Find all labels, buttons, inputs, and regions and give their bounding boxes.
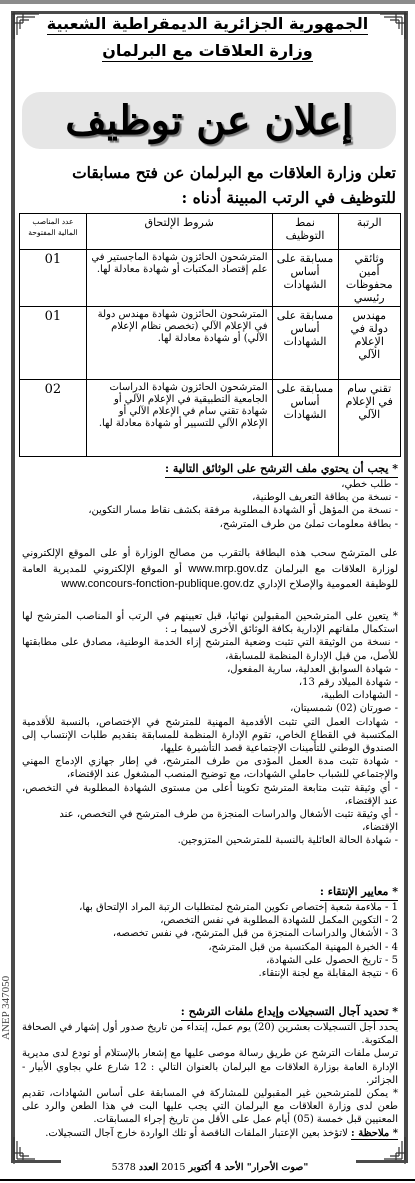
announcement-title: إعلان عن توظيف — [65, 97, 353, 144]
note-text: لاتؤخذ بعين الإعتبار الملفات الناقصة أو … — [45, 1128, 348, 1139]
file-contents-section: * يجب أن يحتوي ملف الترشح على الوثائق ال… — [22, 457, 398, 531]
republic-heading: الجمهورية الجزائرية الديمقراطية الشعبية — [40, 14, 375, 33]
list-item: - الشهادات الطبية، — [22, 689, 398, 702]
frame-bottom-right — [356, 1160, 408, 1163]
deadlines-section: * تحديد آجال التسجيلات وإيداع ملفات التر… — [22, 1000, 398, 1140]
table-header-row: الرتبة نمط التوظيف شروط الإلتحاق عدد الم… — [20, 214, 401, 250]
criteria-title: * معايير الإنتقاء : — [320, 885, 398, 901]
deadlines-title: * تحديد آجال التسجيلات وإيداع ملفات التر… — [181, 1005, 398, 1021]
card-notice-paragraph: على المترشح سحب هذه البطاقة بالتقرب من م… — [22, 547, 398, 593]
list-item: 4 - الخبرة المهنية المكتسبة من قبل المتر… — [22, 941, 398, 954]
list-item: - نسخة من بطاقة التعريف الوطنية، — [22, 491, 398, 504]
intro-paragraph: تعلن وزارة العلاقات مع البرلمان عن فتح م… — [24, 160, 396, 210]
list-item: - شهادة السوابق العدلية، سارية المفعول، — [22, 663, 398, 676]
ministry-heading: وزارة العلاقات مع البرلمان — [40, 41, 375, 60]
cell-count: 01 — [20, 250, 87, 307]
list-item: - نسخة من الوثيقة التي تثبت وضعية المترش… — [22, 636, 398, 662]
cell-conditions: المترشحون الحائزون شهادة الدراسات الجامع… — [86, 380, 272, 457]
accepted-docs-intro: * يتعين على المترشحين المقبولين نهائيا، … — [22, 610, 398, 636]
list-item: 2 - التكوين المكمل للشهادة المطلوبة في ن… — [22, 914, 398, 927]
deadline-paragraph: يحدد أجل التسجيلات بعشرين (20) يوم عمل، … — [22, 1021, 398, 1047]
list-item: - بطاقة معلومات تملئ من طرف المترشح، — [22, 518, 398, 531]
list-item: - شهادة الميلاد رقم 13، — [22, 676, 398, 689]
cell-rank: مهندس دولة في الإعلام الآلي — [338, 307, 401, 380]
footer-issue-label: العدد — [139, 1162, 158, 1173]
cell-count: 01 — [20, 307, 87, 380]
criteria-section: * معايير الإنتقاء : 1 - ملاءمة شعبة إختص… — [22, 880, 398, 980]
list-item: - أي وثيقة تثبت الأشغال والدراسات المنجز… — [22, 808, 398, 834]
frame-bottom-left — [11, 1160, 61, 1163]
public-service-website-link[interactable]: www.concours-fonction-publique.gov.dz — [61, 578, 254, 590]
file-contents-title: * يجب أن يحتوي ملف الترشح على الوثائق ال… — [165, 462, 398, 478]
submission-paragraph: ترسل ملفات الترشح عن طريق رسالة موصى علي… — [22, 1047, 398, 1087]
cell-rank: تقني سام في الإعلام الآلي — [338, 380, 401, 457]
corner-ornament-top-right-icon — [378, 11, 408, 41]
list-item: 5 - تاريخ الحصول على الشهادة، — [22, 954, 398, 967]
cell-mode: مسابقة على أساس الشهادات — [272, 380, 338, 457]
frame-right — [404, 11, 408, 1161]
appeal-paragraph: * يمكن للمترشحين غير المقبولين للمشاركة … — [22, 1087, 398, 1127]
newspaper-footer: "صوت الأحرار" الأحد 4 أكتوبر 2015 العدد … — [60, 1162, 360, 1173]
corner-ornament-top-left-icon — [11, 11, 41, 41]
cell-conditions: المترشحون الحائزون شهادة مهندس دولة في ا… — [86, 307, 272, 380]
list-item: - أي وثيقة تثبت متابعة المترشح تكوينا أع… — [22, 782, 398, 808]
accepted-docs-section: * يتعين على المترشحين المقبولين نهائيا، … — [22, 610, 398, 848]
list-item: 6 - نتيجة المقابلة مع لجنة الإنتقاء. — [22, 967, 398, 980]
list-item: - صورتان (02) شمسيتان، — [22, 702, 398, 715]
table-row: تقني سام في الإعلام الآلي مسابقة على أسا… — [20, 380, 401, 457]
top-band — [0, 0, 415, 4]
cell-mode: مسابقة على أساس الشهادات — [272, 307, 338, 380]
cell-count: 02 — [20, 380, 87, 457]
anep-stamp: ANEP 347050 — [0, 976, 12, 1040]
list-item: - نسخة من المؤهل أو الشهادة المطلوبة مرف… — [22, 504, 398, 517]
note-label: * ملاحظة : — [351, 1128, 398, 1140]
table-row: مهندس دولة في الإعلام الآلي مسابقة على أ… — [20, 307, 401, 380]
positions-table: الرتبة نمط التوظيف شروط الإلتحاق عدد الم… — [19, 213, 401, 457]
list-item: 3 - الأشغال والدراسات المنجزة من قبل الم… — [22, 927, 398, 940]
list-item: 1 - ملاءمة شعبة إختصاص تكوين المترشح لمت… — [22, 901, 398, 914]
header-rank: الرتبة — [338, 214, 401, 250]
cell-conditions: المترشحون الحائزون شهادة الماجستير في عل… — [86, 250, 272, 307]
ministry-website-link[interactable]: www.mrp.gov.dz — [188, 563, 268, 575]
bottom-rule — [0, 1179, 415, 1181]
announcement-title-box: إعلان عن توظيف — [22, 92, 396, 149]
list-item: - شهادة الحالة العائلية بالنسبة للمترشحي… — [22, 834, 398, 847]
cell-mode: مسابقة على أساس الشهادات — [272, 250, 338, 307]
cell-rank: وثائقي أمين محفوظات رئيسي — [338, 250, 401, 307]
list-item: - شهادة تثبت مدة العمل المؤدى من طرف الم… — [22, 755, 398, 781]
header-conditions: شروط الإلتحاق — [86, 214, 272, 250]
header-mode: نمط التوظيف — [272, 214, 338, 250]
note-line: * ملاحظة : لاتؤخذ بعين الإعتبار الملفات … — [22, 1127, 398, 1140]
header-count: عدد المناصب المالية المفتوحة — [20, 214, 87, 250]
table-row: وثائقي أمين محفوظات رئيسي مسابقة على أسا… — [20, 250, 401, 307]
footer-year: 2015 — [161, 1162, 185, 1173]
list-item: - طلب خطي، — [22, 478, 398, 491]
footer-source: "صوت الأحرار" الأحد 4 أكتوبر — [188, 1162, 308, 1173]
list-item: - شهادات العمل التي تثبت الأقدمية المهني… — [22, 716, 398, 756]
footer-issue-number: 5378 — [112, 1162, 136, 1173]
